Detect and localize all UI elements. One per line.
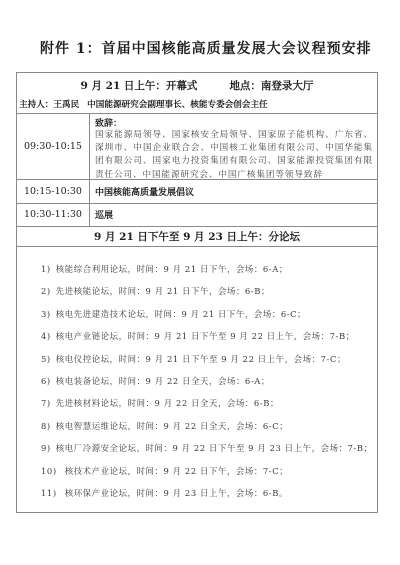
list-item: 11)核环保产业论坛，时间：9 月 23 日上午，会场：6-B。 xyxy=(41,487,369,506)
sub-forum-title: 9 月 21 日下午至 9 月 23 日上午：分论坛 xyxy=(94,229,300,244)
list-item: 7)先进核材料论坛，时间：9 月 22 日全天，会场：6-B； xyxy=(41,397,369,416)
schedule-content: 致辞： 国家能源局领导、国家核安全局领导、国家原子能机构、广东省、深圳市、中国企… xyxy=(95,113,373,179)
opening-session-location: 地点：南登录大厅 xyxy=(229,80,313,92)
list-item-text: 核技术产业论坛，时间：9 月 22 日下午，会场：7-C； xyxy=(65,466,288,476)
schedule-time: 10:15-10:30 xyxy=(17,179,90,203)
schedule-text: 巡展 xyxy=(95,208,113,221)
document-title: 附件 1：首届中国核能高质量发展大会议程预安排 xyxy=(40,38,372,58)
opening-session-header: 9 月 21 日上午：开幕式地点：南登录大厅 主持人：王禹民中国能源研究会副理事… xyxy=(17,73,377,114)
schedule-time: 10:30-11:30 xyxy=(17,203,90,226)
list-item-text: 核电装备论坛，时间：9 月 22 日全天，会场：6-A； xyxy=(56,376,270,386)
schedule-time: 09:30-10:15 xyxy=(17,113,90,179)
list-item-text: 核电产业链论坛，时间：9 月 21 日下午至 9 月 22 日上午，会场：7-B… xyxy=(56,331,355,341)
list-item: 1)核能综合利用论坛，时间：9 月 21 日下午，会场：6-A； xyxy=(41,263,369,282)
schedule-row: 09:30-10:15 致辞： 国家能源局领导、国家核安全局领导、国家原子能机构… xyxy=(17,113,377,180)
sub-forum-header: 9 月 21 日下午至 9 月 23 日上午：分论坛 xyxy=(17,226,377,247)
speech-text: 国家能源局领导、国家核安全局领导、国家原子能机构、广东省、深圳市、中国企业联合会… xyxy=(95,129,373,182)
list-item-number: 10) xyxy=(41,466,57,476)
list-item-number: 7) xyxy=(41,398,51,408)
list-item-text: 核电先进建造技术论坛，时间：9 月 21 日下午，会场：6-C； xyxy=(56,309,306,319)
list-item-number: 9) xyxy=(41,443,51,453)
schedule-content: 巡展 xyxy=(95,203,373,226)
list-item-text: 先进核材料论坛，时间：9 月 22 日全天，会场：6-B； xyxy=(56,398,279,408)
list-item: 8)核电智慧运维论坛，时间：9 月 22 日全天，会场：6-C； xyxy=(41,420,369,439)
list-item-text: 先进核能论坛，时间：9 月 21 日下午，会场：6-B； xyxy=(56,286,270,296)
list-item: 3)核电先进建造技术论坛，时间：9 月 21 日下午，会场：6-C； xyxy=(41,308,369,327)
list-item-number: 5) xyxy=(41,354,51,364)
list-item-text: 核能综合利用论坛，时间：9 月 21 日下午，会场：6-A； xyxy=(56,264,288,274)
list-item: 2)先进核能论坛，时间：9 月 21 日下午，会场：6-B； xyxy=(41,285,369,304)
speech-label: 致辞： xyxy=(95,116,373,129)
sub-forum-list: 1)核能综合利用论坛，时间：9 月 21 日下午，会场：6-A； 2)先进核能论… xyxy=(41,263,369,509)
host-label: 主持人：王禹民 xyxy=(19,100,79,110)
list-item-number: 1) xyxy=(41,264,51,274)
schedule-row: 10:30-11:30 巡展 xyxy=(17,203,377,227)
list-item-number: 4) xyxy=(41,331,51,341)
host-role: 中国能源研究会副理事长、核能专委会创会主任 xyxy=(87,100,267,110)
host-line: 主持人：王禹民中国能源研究会副理事长、核能专委会创会主任 xyxy=(19,98,268,110)
list-item-number: 8) xyxy=(41,421,51,431)
list-item-text: 核电厂冷源安全论坛，时间：9 月 22 日下午至 9 月 23 日上午，会场：7… xyxy=(56,443,373,453)
schedule-text: 中国核能高质量发展倡议 xyxy=(95,185,194,198)
list-item-text: 核电仪控论坛，时间：9 月 21 日下午至 9 月 22 日上午，会场：7-C； xyxy=(56,354,346,364)
list-item-number: 3) xyxy=(41,309,51,319)
agenda-table: 9 月 21 日上午：开幕式地点：南登录大厅 主持人：王禹民中国能源研究会副理事… xyxy=(16,72,378,513)
list-item: 5)核电仪控论坛，时间：9 月 21 日下午至 9 月 22 日上午，会场：7-… xyxy=(41,353,369,372)
schedule-row: 10:15-10:30 中国核能高质量发展倡议 xyxy=(17,179,377,204)
list-item-text: 核环保产业论坛，时间：9 月 23 日上午，会场：6-B。 xyxy=(65,488,288,498)
list-item-number: 2) xyxy=(41,286,51,296)
list-item-text: 核电智慧运维论坛，时间：9 月 22 日全天，会场：6-C； xyxy=(56,421,288,431)
schedule-content: 中国核能高质量发展倡议 xyxy=(95,179,373,203)
list-item-number: 6) xyxy=(41,376,51,386)
list-item-number: 11) xyxy=(41,488,57,498)
list-item: 10)核技术产业论坛，时间：9 月 22 日下午，会场：7-C； xyxy=(41,465,369,484)
opening-session-title: 9 月 21 日上午：开幕式 xyxy=(81,80,198,92)
opening-session-title-line: 9 月 21 日上午：开幕式地点：南登录大厅 xyxy=(17,78,377,93)
list-item: 9)核电厂冷源安全论坛，时间：9 月 22 日下午至 9 月 23 日上午，会场… xyxy=(41,442,369,461)
list-item: 4)核电产业链论坛，时间：9 月 21 日下午至 9 月 22 日上午，会场：7… xyxy=(41,330,369,349)
list-item: 6)核电装备论坛，时间：9 月 22 日全天，会场：6-A； xyxy=(41,375,369,394)
